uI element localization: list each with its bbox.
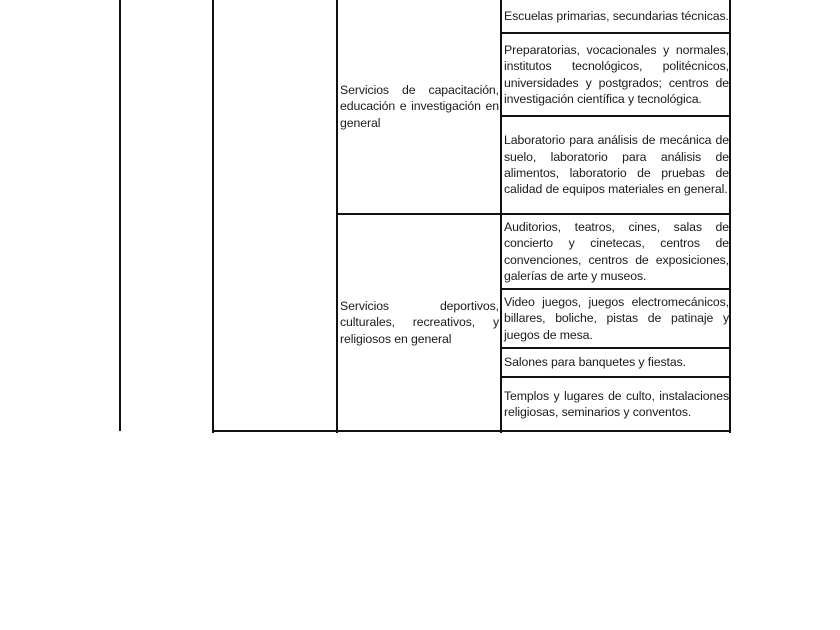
category-label: Servicios deportivos, culturales, recrea… [340,298,499,347]
table-bottom-border [212,430,731,432]
item-cell: Templos y lugares de culto, instalacione… [502,378,730,430]
item-text: Escuelas primarias, secundarias técnicas… [504,8,729,24]
item-text: Video juegos, juegos electromecánicos, b… [504,294,729,343]
category-cell: Servicios de capacitación, educación e i… [338,0,500,213]
item-text: Preparatorias, vocacionales y normales, … [504,42,729,107]
outer-table-left-border [119,0,121,431]
item-text: Auditorios, teatros, cines, salas de con… [504,219,729,284]
item-cell: Preparatorias, vocacionales y normales, … [502,34,730,115]
row-divider [500,288,731,290]
item-cell: Laboratorio para análisis de mecánica de… [502,117,730,213]
item-cell: Escuelas primarias, secundarias técnicas… [502,0,730,32]
item-text: Templos y lugares de culto, instalacione… [504,388,729,421]
item-cell: Auditorios, teatros, cines, salas de con… [502,219,730,288]
item-cell: Video juegos, juegos electromecánicos, b… [502,294,730,347]
table-border-col1 [212,0,214,433]
category-cell: Servicios deportivos, culturales, recrea… [338,215,500,430]
item-text: Salones para banquetes y fiestas. [504,354,729,370]
item-text: Laboratorio para análisis de mecánica de… [504,132,729,197]
category-label: Servicios de capacitación, educación e i… [340,82,499,131]
item-cell: Salones para banquetes y fiestas. [502,349,730,376]
